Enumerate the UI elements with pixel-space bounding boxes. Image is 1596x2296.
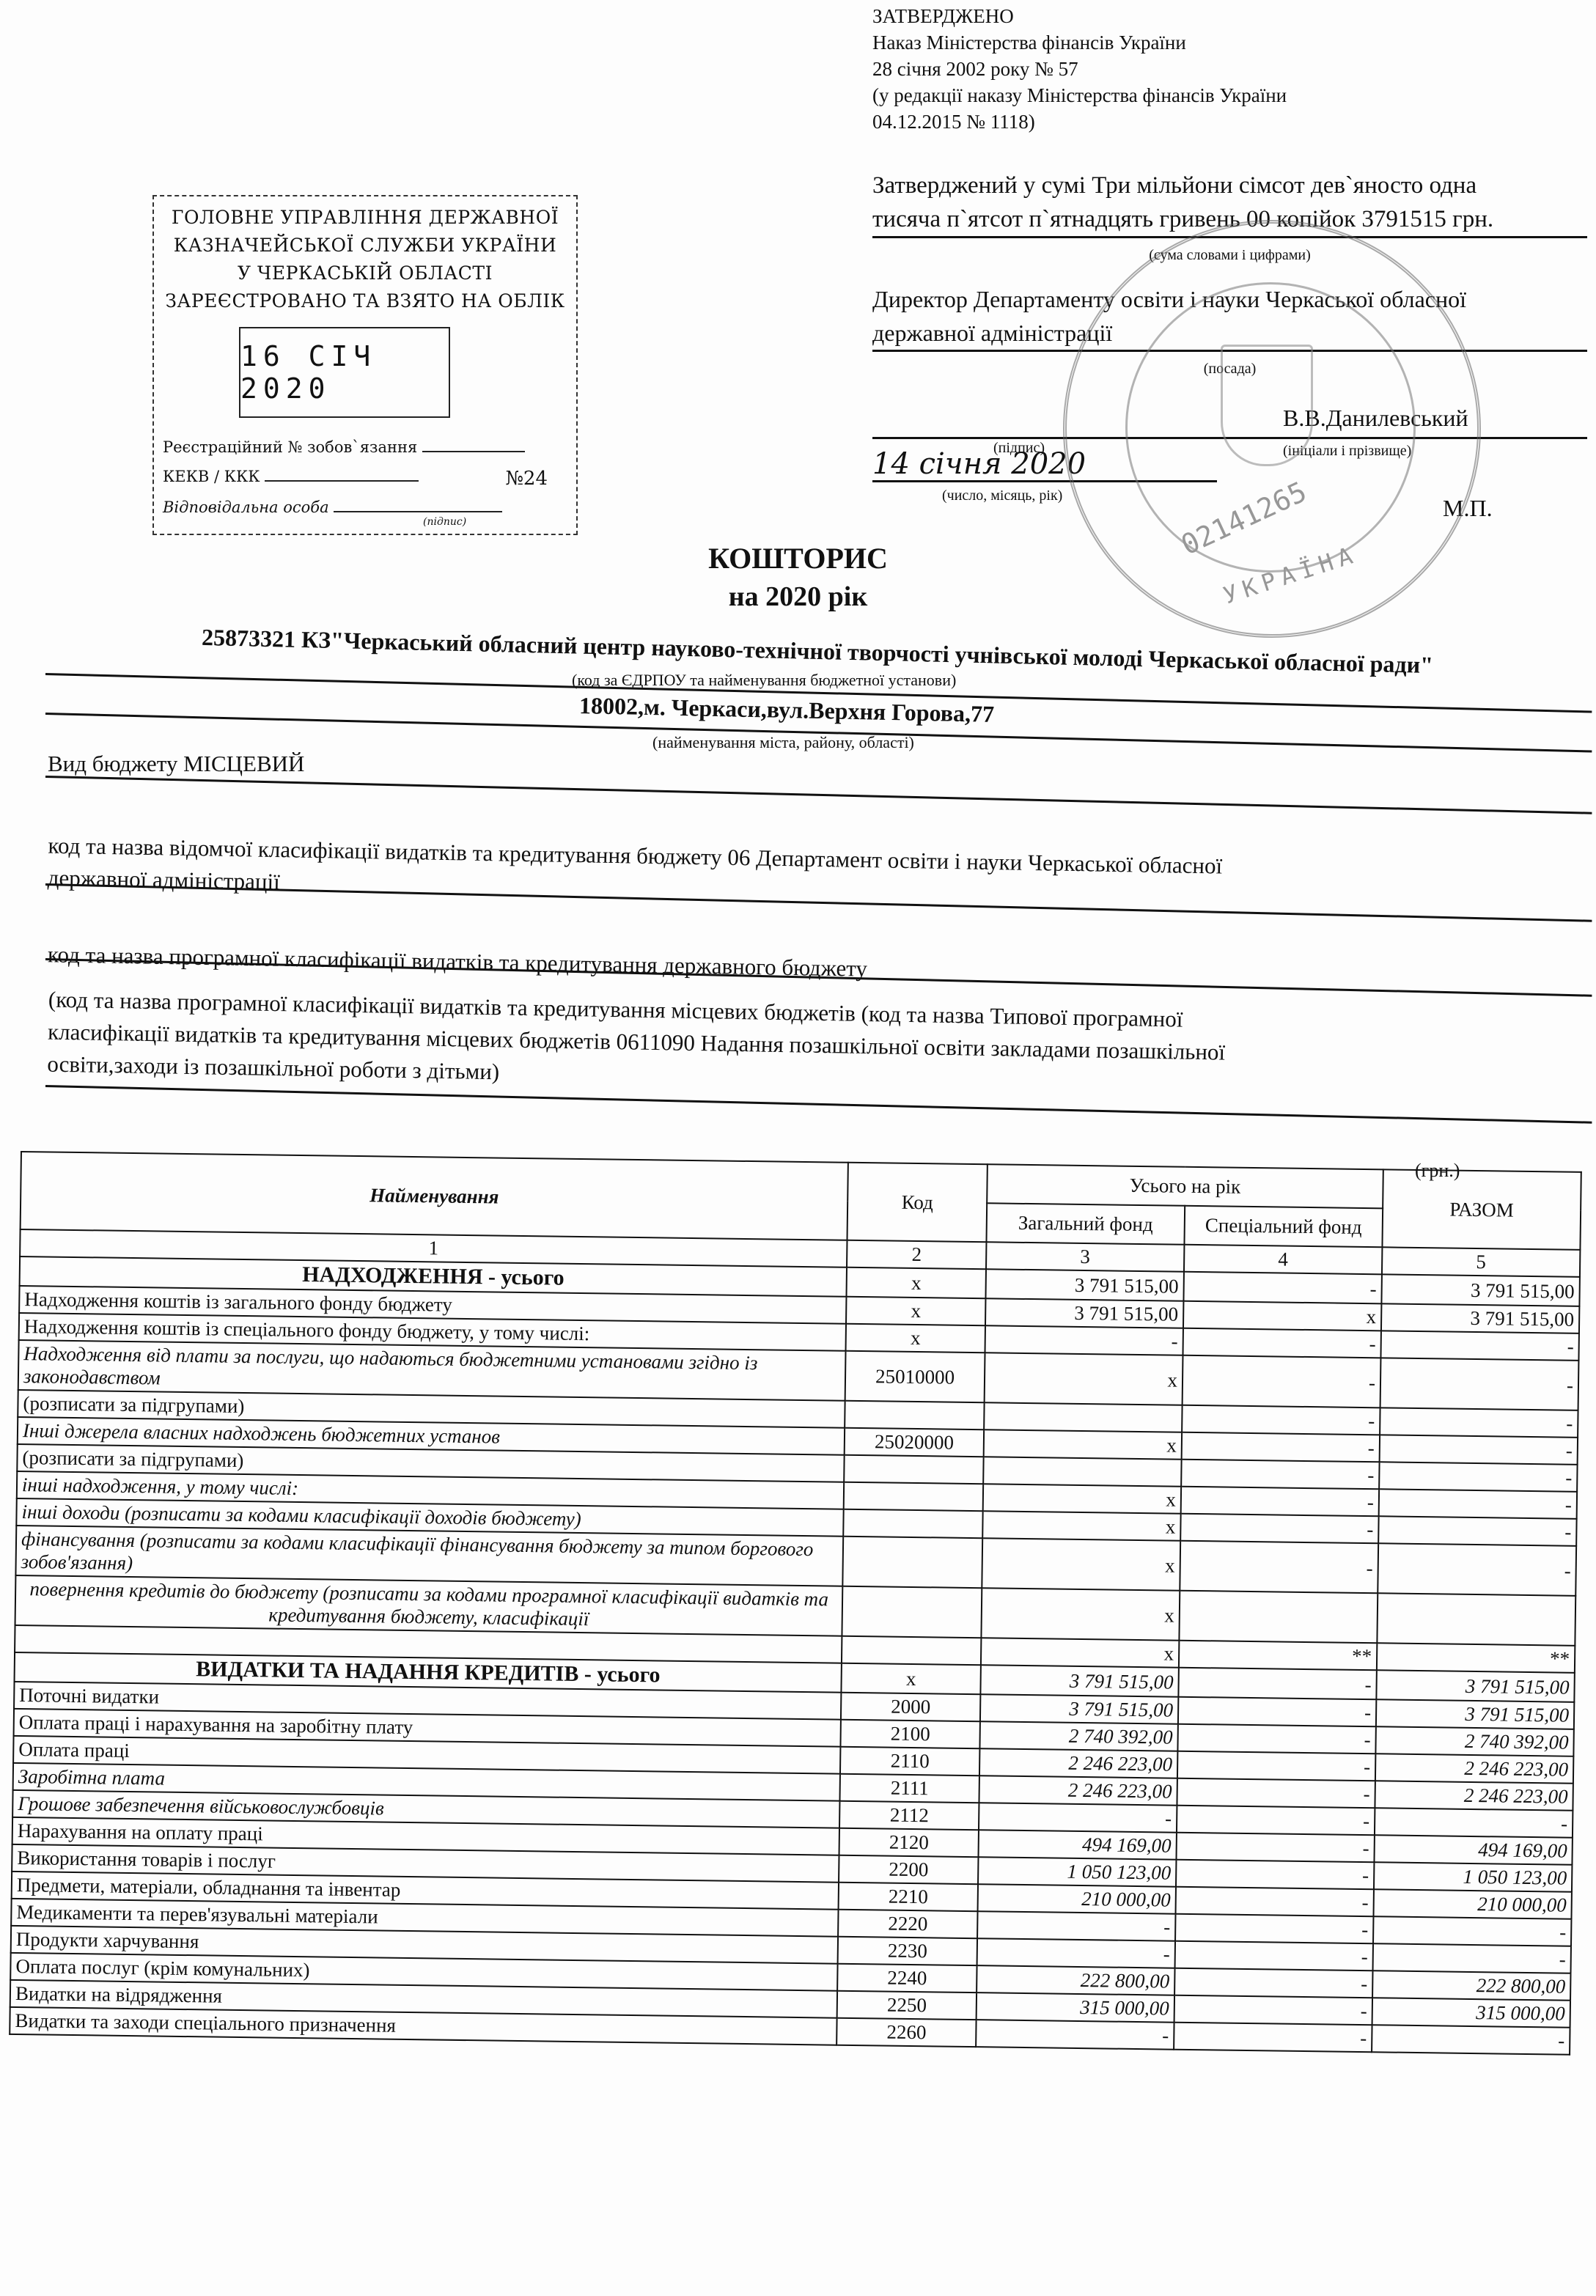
- row-special-fund: -: [1182, 1432, 1380, 1462]
- row-general-fund: 3 791 515,00: [985, 1298, 1183, 1328]
- row-total: -: [1378, 1516, 1577, 1546]
- row-general-fund: -: [985, 1325, 1183, 1355]
- header-general-fund: Загальний фонд: [986, 1203, 1185, 1245]
- row-total: 3 791 515,00: [1381, 1303, 1580, 1333]
- row-general-fund: -: [976, 2020, 1174, 2050]
- row-total: 3 791 515,00: [1376, 1670, 1575, 1702]
- approval-line: Наказ Міністерства фінансів України: [872, 29, 1287, 56]
- kekv-row: КЕКВ / ККК №24: [163, 468, 570, 490]
- row-general-fund: x: [984, 1430, 1182, 1460]
- treasury-date: 16 СІЧ 2020: [239, 327, 450, 418]
- reg-label: Реєстраційний № зобов`язання: [163, 438, 417, 456]
- row-code: [844, 1455, 983, 1484]
- row-special-fund: -: [1183, 1272, 1382, 1304]
- reg-number-row: Реєстраційний № зобов`язання: [163, 438, 570, 456]
- row-total: [1377, 1593, 1575, 1646]
- row-total: **: [1377, 1643, 1575, 1673]
- header-code: Код: [847, 1163, 988, 1242]
- row-code: [844, 1482, 983, 1511]
- row-special-fund: [1179, 1591, 1378, 1644]
- row-special-fund: -: [1175, 1914, 1373, 1944]
- row-general-fund: 210 000,00: [977, 1884, 1175, 1914]
- col-number: 4: [1184, 1245, 1382, 1275]
- row-general-fund: [983, 1457, 1181, 1487]
- document-subtitle: на 2020 рік: [0, 581, 1596, 613]
- col-number: 2: [847, 1240, 986, 1269]
- responsible-row: Відповідальна особа (підпис): [163, 498, 570, 516]
- treasury-stamp: ГОЛОВНЕ УПРАВЛІННЯ ДЕРЖАВНОЇ КАЗНАЧЕЙСЬК…: [152, 195, 578, 535]
- row-special-fund: -: [1177, 1724, 1375, 1754]
- organization-hint: (код за ЄДРПОУ та найменування бюджетної…: [572, 671, 956, 690]
- approval-heading: ЗАТВЕРДЖЕНО: [872, 3, 1287, 29]
- row-total: -: [1375, 1808, 1573, 1838]
- row-total: -: [1380, 1435, 1578, 1465]
- row-special-fund: -: [1181, 1487, 1379, 1517]
- row-general-fund: x: [982, 1511, 1180, 1541]
- budget-table-body: НАДХОДЖЕННЯ - усьогоx3 791 515,00-3 791 …: [10, 1256, 1580, 2055]
- row-total: -: [1373, 1916, 1572, 1946]
- row-code: x: [846, 1324, 985, 1353]
- col-number: 5: [1382, 1247, 1581, 1277]
- row-code: 25020000: [845, 1428, 984, 1457]
- divider: [45, 776, 1592, 814]
- row-code: [842, 1586, 982, 1638]
- row-code: 2100: [841, 1720, 980, 1748]
- row-total: 494 169,00: [1374, 1835, 1573, 1865]
- row-special-fund: -: [1183, 1328, 1380, 1358]
- row-code: [842, 1636, 981, 1665]
- row-code: 2120: [839, 1828, 979, 1857]
- row-special-fund: -: [1175, 1887, 1373, 1917]
- row-total: -: [1372, 2025, 1570, 2055]
- row-general-fund: -: [977, 1938, 1175, 1968]
- row-special-fund: -: [1176, 1860, 1374, 1890]
- row-total: -: [1379, 1489, 1578, 1519]
- coat-of-arms-icon: [1221, 345, 1313, 466]
- row-special-fund: -: [1183, 1355, 1381, 1408]
- row-code: 2260: [836, 2018, 976, 2047]
- row-special-fund: -: [1180, 1514, 1378, 1544]
- row-code: [843, 1509, 982, 1538]
- row-total: -: [1380, 1331, 1579, 1361]
- row-special-fund: **: [1179, 1641, 1377, 1671]
- local-program: (код та назва програмної класифікації ви…: [47, 984, 1595, 1108]
- row-general-fund: 2 246 223,00: [979, 1776, 1177, 1806]
- row-special-fund: -: [1174, 1995, 1372, 2025]
- approval-date: 14 січня 2020: [872, 447, 1086, 481]
- row-general-fund: 1 050 123,00: [978, 1857, 1176, 1887]
- row-total: 3 791 515,00: [1381, 1274, 1580, 1306]
- header-name: Найменування: [21, 1152, 849, 1240]
- row-special-fund: -: [1177, 1751, 1375, 1781]
- budget-table: Найменування Код Усього на рік РАЗОМ Заг…: [9, 1151, 1582, 2056]
- treasury-line: ЗАРЕЄСТРОВАНО ТА ВЗЯТО НА ОБЛІК: [154, 287, 576, 315]
- row-code: 2111: [840, 1774, 979, 1803]
- budget-type: Вид бюджету МІСЦЕВИЙ: [48, 748, 304, 780]
- row-special-fund: -: [1182, 1405, 1380, 1435]
- approval-line: 04.12.2015 № 1118): [872, 108, 1287, 135]
- approval-line: (у редакції наказу Міністерства фінансів…: [872, 82, 1287, 108]
- row-total: -: [1380, 1408, 1578, 1438]
- row-general-fund: x: [981, 1638, 1179, 1668]
- dept-classification: код та назва відомчої класифікації видат…: [47, 830, 1595, 921]
- treasury-number: №24: [505, 468, 548, 490]
- row-special-fund: -: [1176, 1833, 1374, 1863]
- row-total: 222 800,00: [1372, 1971, 1571, 2001]
- row-special-fund: -: [1178, 1697, 1376, 1727]
- row-special-fund: -: [1177, 1806, 1375, 1836]
- row-general-fund: 315 000,00: [977, 1993, 1174, 2023]
- row-total: -: [1380, 1358, 1579, 1410]
- col-number: 3: [986, 1242, 1184, 1272]
- address-hint: (найменування міста, району, області): [652, 733, 914, 752]
- row-code: 2230: [838, 1937, 977, 1965]
- row-total: 315 000,00: [1372, 1998, 1570, 2028]
- responsible-label: Відповідальна особа: [163, 498, 329, 516]
- row-code: 2240: [837, 1964, 977, 1993]
- row-general-fund: [984, 1402, 1182, 1432]
- row-general-fund: 2 246 223,00: [979, 1748, 1177, 1778]
- row-general-fund: x: [983, 1484, 1181, 1514]
- row-total: 2 740 392,00: [1375, 1726, 1574, 1756]
- treasury-line: У ЧЕРКАСЬКІЙ ОБЛАСТІ: [154, 260, 576, 287]
- row-code: [845, 1401, 984, 1430]
- row-special-fund: -: [1174, 2023, 1372, 2053]
- row-code: 2110: [840, 1747, 979, 1776]
- row-code: 25010000: [845, 1351, 985, 1402]
- row-code: 2200: [839, 1855, 978, 1884]
- row-special-fund: -: [1178, 1668, 1377, 1700]
- treasury-line: КАЗНАЧЕЙСЬКОЇ СЛУЖБИ УКРАЇНИ: [154, 232, 576, 260]
- sum-text-line1: Затверджений у сумі Три мільйони сімсот …: [872, 169, 1587, 202]
- approval-block: ЗАТВЕРДЖЕНО Наказ Міністерства фінансів …: [872, 3, 1287, 135]
- row-general-fund: x: [981, 1588, 1180, 1641]
- row-total: -: [1379, 1462, 1578, 1492]
- row-general-fund: -: [979, 1803, 1177, 1833]
- header-special-fund: Спеціальний фонд: [1184, 1206, 1383, 1248]
- row-code: x: [847, 1267, 986, 1298]
- row-general-fund: x: [982, 1538, 1180, 1591]
- row-code: 2250: [837, 1991, 977, 2020]
- approval-line: 28 січня 2002 року № 57: [872, 56, 1287, 82]
- row-general-fund: 494 169,00: [978, 1830, 1176, 1860]
- row-total: 210 000,00: [1373, 1889, 1572, 1919]
- row-special-fund: -: [1180, 1541, 1378, 1594]
- row-code: x: [846, 1297, 985, 1325]
- kekv-label: КЕКВ / ККК: [163, 468, 260, 485]
- row-code: x: [842, 1663, 981, 1694]
- row-code: 2220: [838, 1910, 977, 1938]
- treasury-line: ГОЛОВНЕ УПРАВЛІННЯ ДЕРЖАВНОЇ: [154, 204, 576, 232]
- date-hint: (число, місяць, рік): [942, 487, 1062, 504]
- row-code: 2210: [839, 1883, 978, 1911]
- row-total: 3 791 515,00: [1376, 1699, 1575, 1729]
- row-code: 2000: [841, 1693, 980, 1721]
- row-general-fund: 2 740 392,00: [979, 1721, 1177, 1751]
- document-title: КОШТОРИС: [0, 541, 1596, 575]
- row-general-fund: 3 791 515,00: [980, 1694, 1178, 1724]
- row-code: 2112: [839, 1801, 979, 1830]
- row-total: -: [1372, 1943, 1571, 1973]
- row-total: 2 246 223,00: [1375, 1781, 1573, 1811]
- header-year-total: Усього на рік: [987, 1164, 1383, 1208]
- row-special-fund: -: [1174, 1941, 1372, 1971]
- row-general-fund: 3 791 515,00: [980, 1665, 1179, 1697]
- row-special-fund: -: [1177, 1778, 1375, 1809]
- row-special-fund: -: [1174, 1968, 1372, 1998]
- row-general-fund: 222 800,00: [977, 1965, 1174, 1995]
- row-total: 2 246 223,00: [1375, 1754, 1574, 1784]
- row-total: -: [1378, 1543, 1576, 1596]
- responsible-signature-hint: (підпис): [423, 516, 466, 528]
- row-special-fund: x: [1183, 1301, 1381, 1331]
- row-general-fund: x: [985, 1353, 1183, 1405]
- row-code: [843, 1537, 983, 1588]
- row-general-fund: -: [977, 1911, 1175, 1941]
- treasury-heading: ГОЛОВНЕ УПРАВЛІННЯ ДЕРЖАВНОЇ КАЗНАЧЕЙСЬК…: [154, 204, 576, 315]
- address: 18002,м. Черкаси,вул.Верхня Горова,77: [579, 692, 995, 728]
- row-general-fund: 3 791 515,00: [985, 1269, 1184, 1301]
- row-special-fund: -: [1181, 1460, 1379, 1490]
- row-total: 1 050 123,00: [1374, 1862, 1573, 1892]
- header-total: РАЗОМ: [1382, 1169, 1581, 1250]
